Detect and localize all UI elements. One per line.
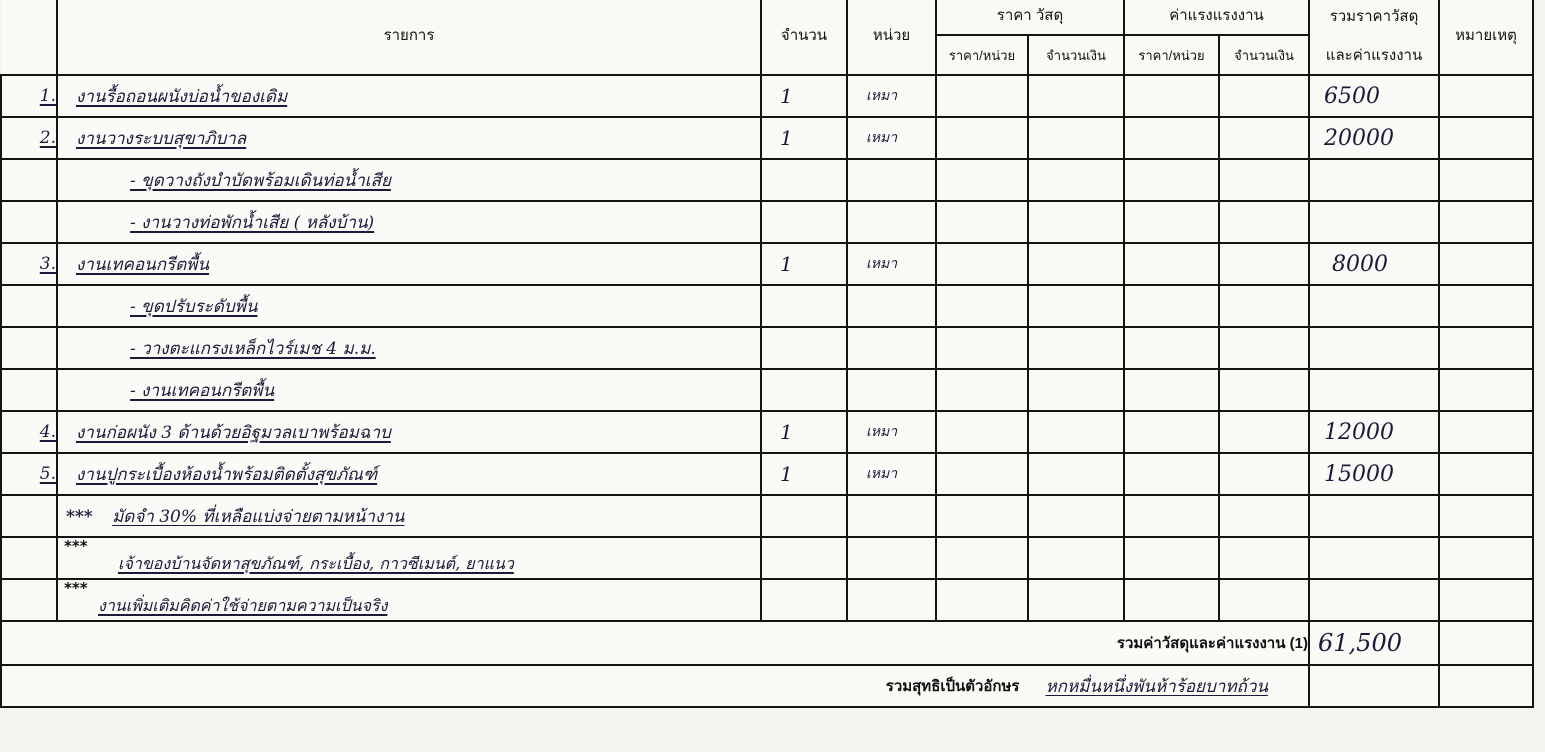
- item-remark: [1439, 117, 1533, 159]
- header-item: รายการ: [57, 0, 761, 75]
- item-remark: [1439, 75, 1533, 117]
- header-quantity: จำนวน: [761, 0, 847, 75]
- item-description: งานวางระบบสุขาภิบาล: [58, 125, 760, 152]
- note-text: เจ้าของบ้านจัดหาสุขภัณฑ์, กระเบื้อง, กาว…: [58, 552, 760, 577]
- header-labor-cost: ค่าแรงแรงงาน: [1124, 0, 1309, 35]
- item-total: 20000: [1310, 126, 1394, 151]
- item-total: 8000: [1310, 252, 1388, 277]
- item-quantity: 1: [762, 462, 793, 486]
- table-row: - งานวางท่อพักน้ำเสีย ( หลังบ้าน): [1, 201, 1533, 243]
- item-remark: [1439, 453, 1533, 495]
- words-label: รวมสุทธิเป็นตัวอักษร: [886, 674, 1020, 698]
- item-description: งานก่อผนัง 3 ด้านด้วยอิฐมวลเบาพร้อมฉาบ: [58, 419, 760, 446]
- note-row: *** งานเพิ่มเติมคิดค่าใช้จ่ายตามความเป็น…: [1, 579, 1533, 621]
- table-row: - วางตะแกรงเหล็กไวร์เมช 4 ม.ม.: [1, 327, 1533, 369]
- item-description: - งานวางท่อพักน้ำเสีย ( หลังบ้าน): [58, 209, 760, 236]
- item-total: 12000: [1310, 420, 1394, 445]
- words-row: รวมสุทธิเป็นตัวอักษร หกหมื่นหนึ่งพันห้าร…: [1, 665, 1533, 707]
- header-labor-unit-price: ราคา/หน่วย: [1124, 35, 1219, 75]
- header-unit: หน่วย: [847, 0, 936, 75]
- item-remark: [1439, 243, 1533, 285]
- header-material-unit-price: ราคา/หน่วย: [936, 35, 1028, 75]
- note-stars: ***: [58, 540, 760, 552]
- item-number: 5.: [2, 464, 56, 484]
- item-description: งานปูกระเบื้องห้องน้ำพร้อมติดตั้งสุขภัณฑ…: [58, 461, 760, 488]
- header-remark: หมายเหตุ: [1439, 0, 1533, 75]
- subtotal-label: รวมค่าวัสดุและค่าแรงงาน (1): [1, 621, 1309, 665]
- item-unit: เหมา: [848, 88, 897, 104]
- table-row: 4. งานก่อผนัง 3 ด้านด้วยอิฐมวลเบาพร้อมฉา…: [1, 411, 1533, 453]
- table-row: - ขุดปรับระดับพื้น: [1, 285, 1533, 327]
- header-material-price: ราคา วัสดุ: [936, 0, 1124, 35]
- note-item: *** มัดจำ 30% ที่เหลือแบ่งจ่ายตามหน้างาน: [58, 503, 760, 530]
- note-row: *** มัดจำ 30% ที่เหลือแบ่งจ่ายตามหน้างาน: [1, 495, 1533, 537]
- item-total: 15000: [1310, 462, 1394, 487]
- item-number: 2.: [2, 128, 56, 148]
- item-total: 6500: [1310, 84, 1380, 109]
- item-description: - งานเทคอนกรีตพื้น: [58, 377, 760, 404]
- note-text: มัดจำ 30% ที่เหลือแบ่งจ่ายตามหน้างาน: [112, 507, 404, 527]
- item-unit: เหมา: [848, 256, 897, 272]
- item-unit: เหมา: [848, 466, 897, 482]
- table-row: - ขุดวางถังบำบัดพร้อมเดินท่อน้ำเสีย: [1, 159, 1533, 201]
- subtotal-row: รวมค่าวัสดุและค่าแรงงาน (1) 61,500: [1, 621, 1533, 665]
- item-description: - ขุดปรับระดับพื้น: [58, 293, 760, 320]
- table-row: 5. งานปูกระเบื้องห้องน้ำพร้อมติดตั้งสุขภ…: [1, 453, 1533, 495]
- item-quantity: 1: [762, 252, 793, 276]
- boq-table: รายการ จำนวน หน่วย ราคา วัสดุ ค่าแรงแรงง…: [0, 0, 1534, 708]
- item-unit: เหมา: [848, 130, 897, 146]
- note-text: งานเพิ่มเติมคิดค่าใช้จ่ายตามความเป็นจริง: [58, 594, 760, 619]
- item-number: 3.: [2, 254, 56, 274]
- words-value: หกหมื่นหนึ่งพันห้าร้อยบาทถ้วน: [1045, 673, 1268, 700]
- item-quantity: 1: [762, 420, 793, 444]
- item-description: งานเทคอนกรีตพื้น: [58, 251, 760, 278]
- header-labor-amount: จำนวนเงิน: [1219, 35, 1309, 75]
- subtotal-value: 61,500: [1310, 629, 1402, 657]
- item-description: - ขุดวางถังบำบัดพร้อมเดินท่อน้ำเสีย: [58, 167, 760, 194]
- item-unit: เหมา: [848, 424, 897, 440]
- item-remark: [1439, 411, 1533, 453]
- note-row: *** เจ้าของบ้านจัดหาสุขภัณฑ์, กระเบื้อง,…: [1, 537, 1533, 579]
- item-number: 4.: [2, 422, 56, 442]
- item-quantity: 1: [762, 126, 793, 150]
- table-row: 2. งานวางระบบสุขาภิบาล 1 เหมา 20000: [1, 117, 1533, 159]
- table-row: 3. งานเทคอนกรีตพื้น 1 เหมา 8000: [1, 243, 1533, 285]
- item-quantity: 1: [762, 84, 793, 108]
- item-description: งานรื้อถอนผนังบ่อน้ำของเดิม: [58, 83, 760, 110]
- item-description: - วางตะแกรงเหล็กไวร์เมช 4 ม.ม.: [58, 335, 760, 362]
- note-stars: ***: [66, 507, 93, 527]
- item-number: 1.: [2, 86, 56, 106]
- table-row: 1. งานรื้อถอนผนังบ่อน้ำของเดิม 1 เหมา 65…: [1, 75, 1533, 117]
- header-total-line2: และค่าแรงงาน: [1309, 35, 1439, 75]
- boq-sheet: รายการ จำนวน หน่วย ราคา วัสดุ ค่าแรงแรงง…: [0, 0, 1545, 752]
- table-body: 1. งานรื้อถอนผนังบ่อน้ำของเดิม 1 เหมา 65…: [1, 75, 1533, 707]
- header-total-line1: รวมราคาวัสดุ: [1309, 0, 1439, 35]
- table-header: รายการ จำนวน หน่วย ราคา วัสดุ ค่าแรงแรงง…: [1, 0, 1533, 75]
- table-row: - งานเทคอนกรีตพื้น: [1, 369, 1533, 411]
- note-stars: ***: [58, 582, 760, 594]
- header-material-amount: จำนวนเงิน: [1028, 35, 1124, 75]
